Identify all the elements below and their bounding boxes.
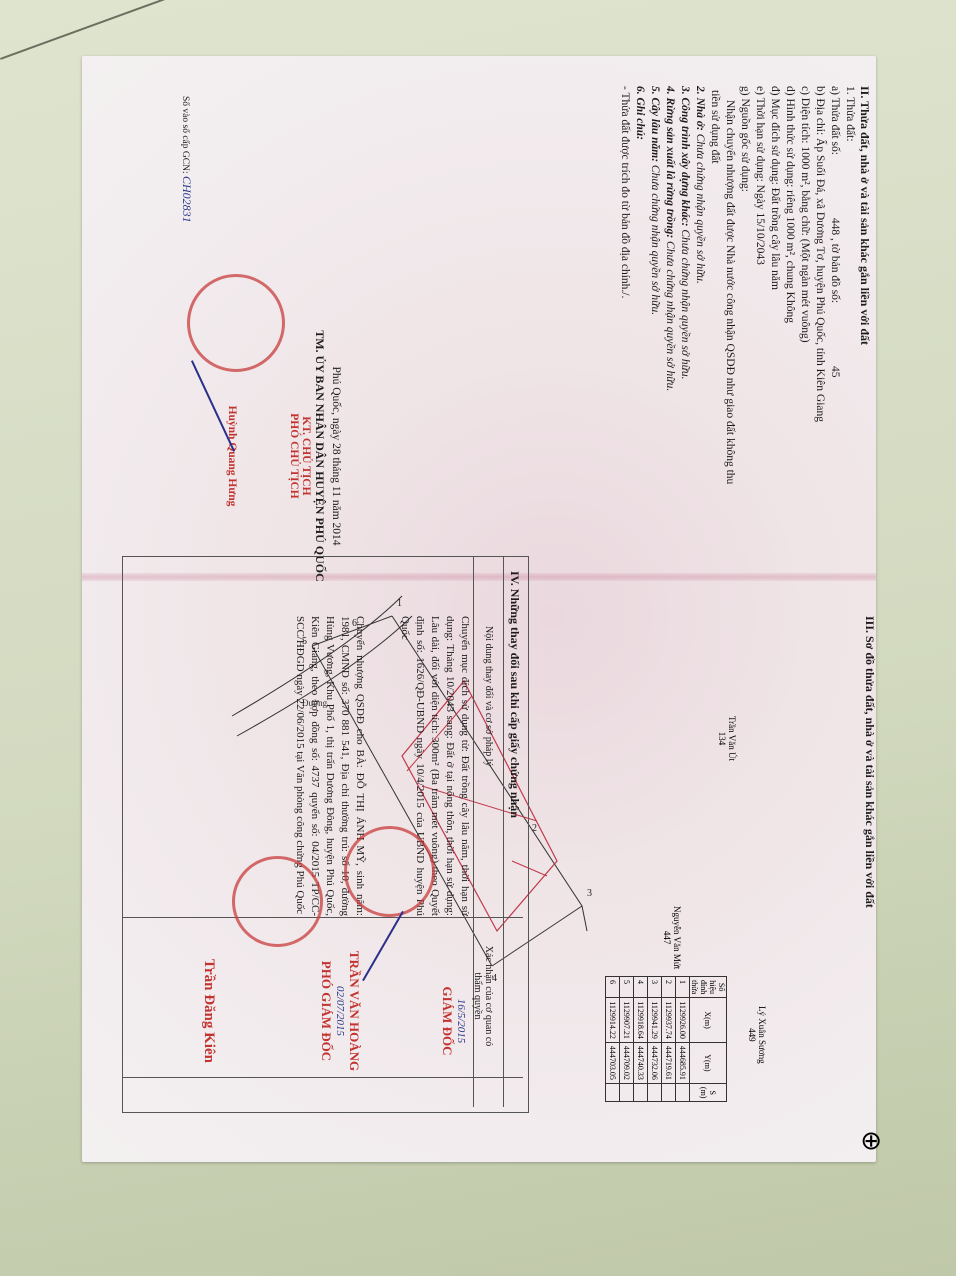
origin-label: g) Nguồn gốc sử dụng:: [737, 86, 752, 556]
neighbor-east: Lý Xuân Sương449: [747, 1006, 767, 1064]
vertex-3: 3: [587, 888, 592, 899]
col-s: S (m): [690, 1083, 727, 1102]
table-row: 11129926.00444685.91: [676, 977, 690, 1102]
section-iii-title: III. Sơ đồ thửa đất, nhà ở và tài sản kh…: [862, 616, 877, 908]
stamp-icon: [344, 826, 435, 917]
forest-value: Chưa chứng nhận quyền sở hữu.: [664, 241, 676, 391]
house-label: 2. Nhà ở:: [694, 86, 706, 131]
section-iv-title: IV. Những thay đổi sau khi cấp giấy chứn…: [507, 571, 522, 818]
confirm-1: 16/5/2015 GIÁM ĐỐC: [439, 926, 467, 1116]
confirm-1-role: GIÁM ĐỐC: [439, 926, 455, 1116]
neighbor-south: Nguyễn Văn Mứt447: [662, 906, 682, 969]
confirm-2: TRẦN VĂN HOÀNG 02/07/2015 PHÓ GIÁM ĐỐC: [318, 916, 362, 1106]
col-vertex: Số hiệu đỉnh thửa: [690, 977, 727, 998]
vertex-2: 2: [532, 823, 537, 834]
neighbor-name: Lý Xuân Sương: [757, 1006, 767, 1064]
origin-line-1: Nhận chuyển nhượng đất được Nhà nước côn…: [722, 86, 737, 556]
section-ii: II. Thửa đất, nhà ở và tài sản khác gắn …: [617, 86, 872, 556]
col-y: Y(m): [690, 1042, 727, 1083]
parcel-number-label: a) Thửa đất số:: [829, 86, 841, 155]
confirm-2-role: PHÓ GIÁM ĐỐC: [318, 916, 334, 1106]
col-x: X(m): [690, 998, 727, 1043]
neighbor-name: Trần Văn Út: [727, 716, 737, 761]
parcel-number-line: a) Thửa đất số: 448 , tờ bản đồ số: 45: [827, 86, 842, 556]
address-line: b) Địa chỉ: Ấp Suối Đá, xã Dương Tơ, huy…: [812, 86, 827, 556]
map-sheet-number: 45: [829, 366, 841, 378]
section-iv-col-confirm: Xác nhận của cơ quan có thẩm quyền: [472, 936, 494, 1056]
confirm-1-date: 16/5/2015: [455, 926, 467, 1116]
usage-term-line: e) Thời hạn sử dụng: Ngày 15/10/2043: [752, 86, 767, 556]
bottom-signer: Trần Đăng Kiên: [200, 916, 217, 1106]
north-arrow-icon: ⊕: [856, 1130, 886, 1152]
note-line: 6. Ghi chú:: [632, 86, 647, 556]
other-works-label: 3. Công trình xây dựng khác:: [679, 86, 691, 226]
note-label: 6. Ghi chú:: [634, 86, 646, 140]
serial-number: Số vào sổ cấp GCN: CH02831: [179, 96, 194, 223]
neighbor-parcel: 447: [662, 906, 672, 969]
other-works-line: 3. Công trình xây dựng khác: Chưa chứng …: [677, 86, 692, 556]
official-stamp-icon: [187, 274, 285, 372]
perennial-value: Chưa chứng nhận quyền sở hữu.: [649, 165, 661, 315]
serial-label: Số vào sổ cấp GCN:: [180, 96, 190, 174]
section-iv-col-content: Nội dung thay đổi và cơ sở pháp lý: [483, 626, 494, 767]
floor-tile-crack: [0, 0, 170, 60]
table-row: 41129918.64444740.33: [634, 977, 648, 1102]
table-row: 61129914.22444703.05: [606, 977, 620, 1102]
section-ii-title: II. Thửa đất, nhà ở và tài sản khác gắn …: [857, 86, 872, 556]
table-row: 21129937.74444719.61: [662, 977, 676, 1102]
perennial-label: 5. Cây lâu năm:: [649, 86, 661, 162]
house-value: Chưa chứng nhận quyền sở hữu.: [694, 134, 706, 284]
table-row: 31129941.29444732.06: [648, 977, 662, 1102]
land-certificate-page: II. Thửa đất, nhà ở và tài sản khác gắn …: [82, 56, 876, 1162]
neighbor-north: Trần Văn Út134: [717, 716, 737, 761]
land-parcel-heading: 1. Thửa đất:: [842, 86, 857, 556]
coordinate-table-grid: Số hiệu đỉnh thửaX(m)Y(m)S (m) 11129926.…: [605, 976, 727, 1102]
neighbor-parcel: 449: [747, 1006, 757, 1064]
perennial-line: 5. Cây lâu năm: Chưa chứng nhận quyền sở…: [647, 86, 662, 556]
area-line: c) Diện tích: 1000 m², bằng chữ: (Một ng…: [797, 86, 812, 556]
parcel-number: 448: [829, 218, 841, 235]
note-value: - Thửa đất được trích đo từ bản đồ địa c…: [617, 86, 632, 556]
confirm-2-date: 02/07/2015: [334, 916, 346, 1106]
coordinate-table: Số hiệu đỉnh thửaX(m)Y(m)S (m) 11129926.…: [602, 976, 727, 1144]
stamp-icon: [232, 856, 323, 947]
neighbor-parcel: 134: [717, 716, 727, 761]
usage-form-line: d) Hình thức sử dụng: riêng 1000 m², chu…: [782, 86, 797, 556]
map-sheet-label: , tờ bản đồ số:: [829, 238, 841, 303]
neighbor-name: Nguyễn Văn Mứt: [672, 906, 682, 969]
other-works-value: Chưa chứng nhận quyền sở hữu.: [679, 229, 691, 379]
forest-label: 4. Rừng sản xuất là rừng trồng:: [664, 86, 676, 238]
forest-line: 4. Rừng sản xuất là rừng trồng: Chưa chứ…: [662, 86, 677, 556]
house-line: 2. Nhà ở: Chưa chứng nhận quyền sở hữu.: [692, 86, 707, 556]
serial-value: CH02831: [180, 176, 194, 223]
usage-purpose-line: đ) Mục đích sử dụng: Đất trồng cây lâu n…: [767, 86, 782, 556]
confirm-2-signer: TRẦN VĂN HOÀNG: [346, 916, 362, 1106]
divider: [503, 557, 504, 1107]
table-row: 51129907.21444709.02: [620, 977, 634, 1102]
origin-line-2: tiền sử dụng đất: [707, 86, 722, 556]
